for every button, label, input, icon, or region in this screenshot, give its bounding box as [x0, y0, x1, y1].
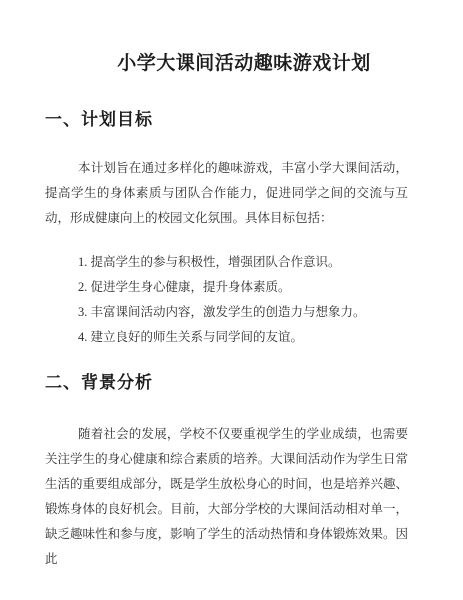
document-title: 小学大课间活动趣味游戏计划: [45, 50, 408, 78]
background-paragraph: 随着社会的发展，学校不仅要重视学生的学业成绩，也需要关注学生的身心健康和综合素质…: [45, 422, 408, 572]
goal-list: 1. 提高学生的参与积极性，增强团队合作意识。 2. 促进学生身心健康，提升身体…: [45, 250, 408, 350]
document-content: 小学大课间活动趣味游戏计划 一、计划目标 本计划旨在通过多样化的趣味游戏，丰富小…: [45, 50, 408, 572]
section-heading-plan-goals: 一、计划目标: [45, 109, 408, 131]
section-heading-background: 二、背景分析: [45, 372, 408, 394]
goal-list-item: 2. 促进学生身心健康，提升身体素质。: [78, 275, 408, 300]
document-page: 小学大课间活动趣味游戏计划 一、计划目标 本计划旨在通过多样化的趣味游戏，丰富小…: [0, 0, 463, 600]
goal-list-item: 3. 丰富课间活动内容，激发学生的创造力与想象力。: [78, 300, 408, 325]
plan-goals-intro-paragraph: 本计划旨在通过多样化的趣味游戏，丰富小学大课间活动，提高学生的身体素质与团队合作…: [45, 156, 408, 231]
goal-list-item: 1. 提高学生的参与积极性，增强团队合作意识。: [78, 250, 408, 275]
goal-list-item: 4. 建立良好的师生关系与同学间的友谊。: [78, 325, 408, 350]
